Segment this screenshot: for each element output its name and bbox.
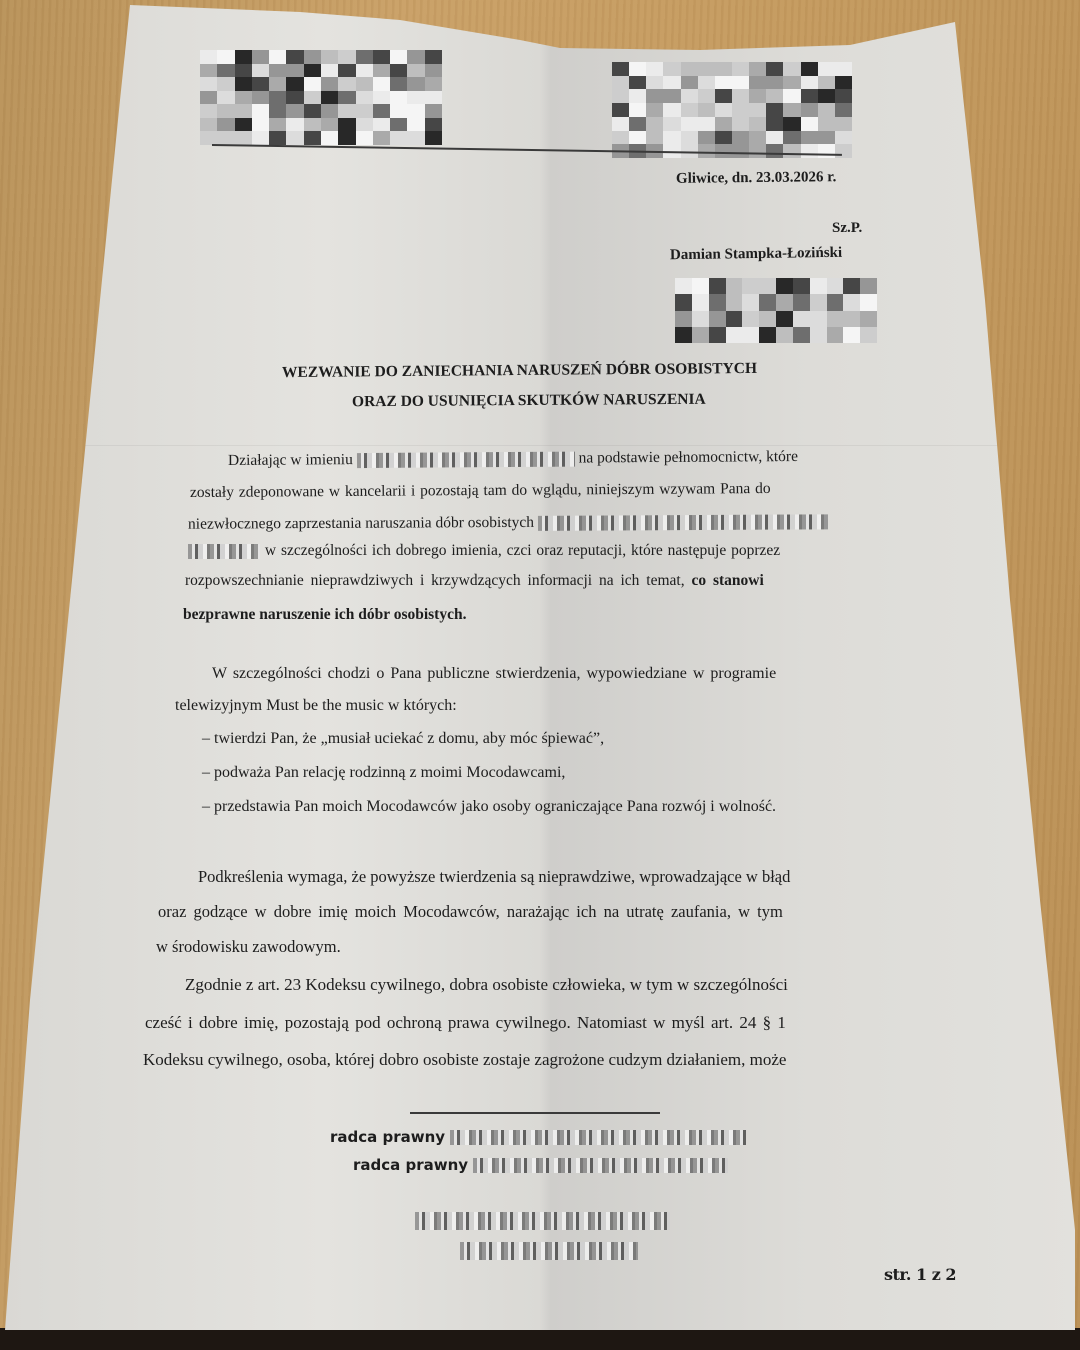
para1-line2: zostały zdeponowane w kancelarii i pozos… (190, 480, 771, 502)
para1-line6: bezprawne naruszenie ich dóbr osobistych… (183, 606, 466, 624)
para1-line1: Działając w imieniu na podstawie pełnomo… (228, 448, 798, 470)
para2-line2: telewizyjnym Must be the music w których… (175, 697, 457, 715)
signature-line (410, 1112, 660, 1114)
bottom-shadow (0, 1328, 1080, 1350)
para4-line3: Kodeksu cywilnego, osoba, której dobro o… (143, 1050, 786, 1070)
page-number: str. 1 z 2 (884, 1265, 956, 1284)
letter-sheet: Gliwice, dn. 23.03.2026 r. Sz.P. Damian … (0, 0, 1080, 1350)
para3-line3: w środowisku zawodowym. (156, 937, 341, 957)
para3-line1: Podkreślenia wymaga, że powyższe twierdz… (198, 867, 790, 887)
redacted-lawyer-name-1 (450, 1130, 746, 1145)
para2-bullet2: – podważa Pan relację rodzinną z moimi M… (202, 764, 565, 782)
redacted-lawyer-name-2 (473, 1158, 728, 1173)
para4-line1: Zgodnie z art. 23 Kodeksu cywilnego, dob… (185, 975, 788, 995)
para2-bullet3: – przedstawia Pan moich Mocodawców jako … (202, 798, 776, 816)
signature-line1: radca prawny (330, 1128, 746, 1146)
paper-fold (0, 445, 1080, 446)
recipient-name: Damian Stampka-Łoziński (670, 245, 842, 264)
redacted-client-names (538, 514, 828, 531)
redacted-firm-line1 (415, 1212, 670, 1230)
letter-title-line1: WEZWANIE DO ZANIECHANIA NARUSZEŃ DÓBR OS… (282, 360, 757, 382)
para1-line3: niezwłocznego zaprzestania naruszania dó… (188, 512, 828, 533)
signature-line2: radca prawny (353, 1156, 728, 1174)
salutation: Sz.P. (832, 220, 862, 237)
para1-line4: w szczególności ich dobrego imienia, czc… (188, 542, 780, 560)
letter-title-line2: ORAZ DO USUNIĘCIA SKUTKÓW NARUSZENIA (352, 391, 706, 411)
redacted-client-name (357, 452, 575, 469)
para3-line2: oraz godzące w dobre imię moich Mocodawc… (158, 902, 783, 922)
redacted-header-right (612, 62, 852, 158)
para1-line5: rozpowszechnianie nieprawdziwych i krzyw… (185, 572, 764, 590)
para2-bullet1: – twierdzi Pan, że „musiał uciekać z dom… (202, 730, 604, 748)
place-date: Gliwice, dn. 23.03.2026 r. (676, 169, 836, 188)
redacted-header-left (200, 50, 442, 145)
redacted-recipient-address (675, 278, 877, 343)
redacted-firm-line2 (460, 1242, 638, 1260)
redacted-client-names-cont (188, 544, 260, 559)
para4-line2: cześć i dobre imię, pozostają pod ochron… (145, 1013, 786, 1033)
para2-line1: W szczególności chodzi o Pana publiczne … (212, 665, 776, 683)
